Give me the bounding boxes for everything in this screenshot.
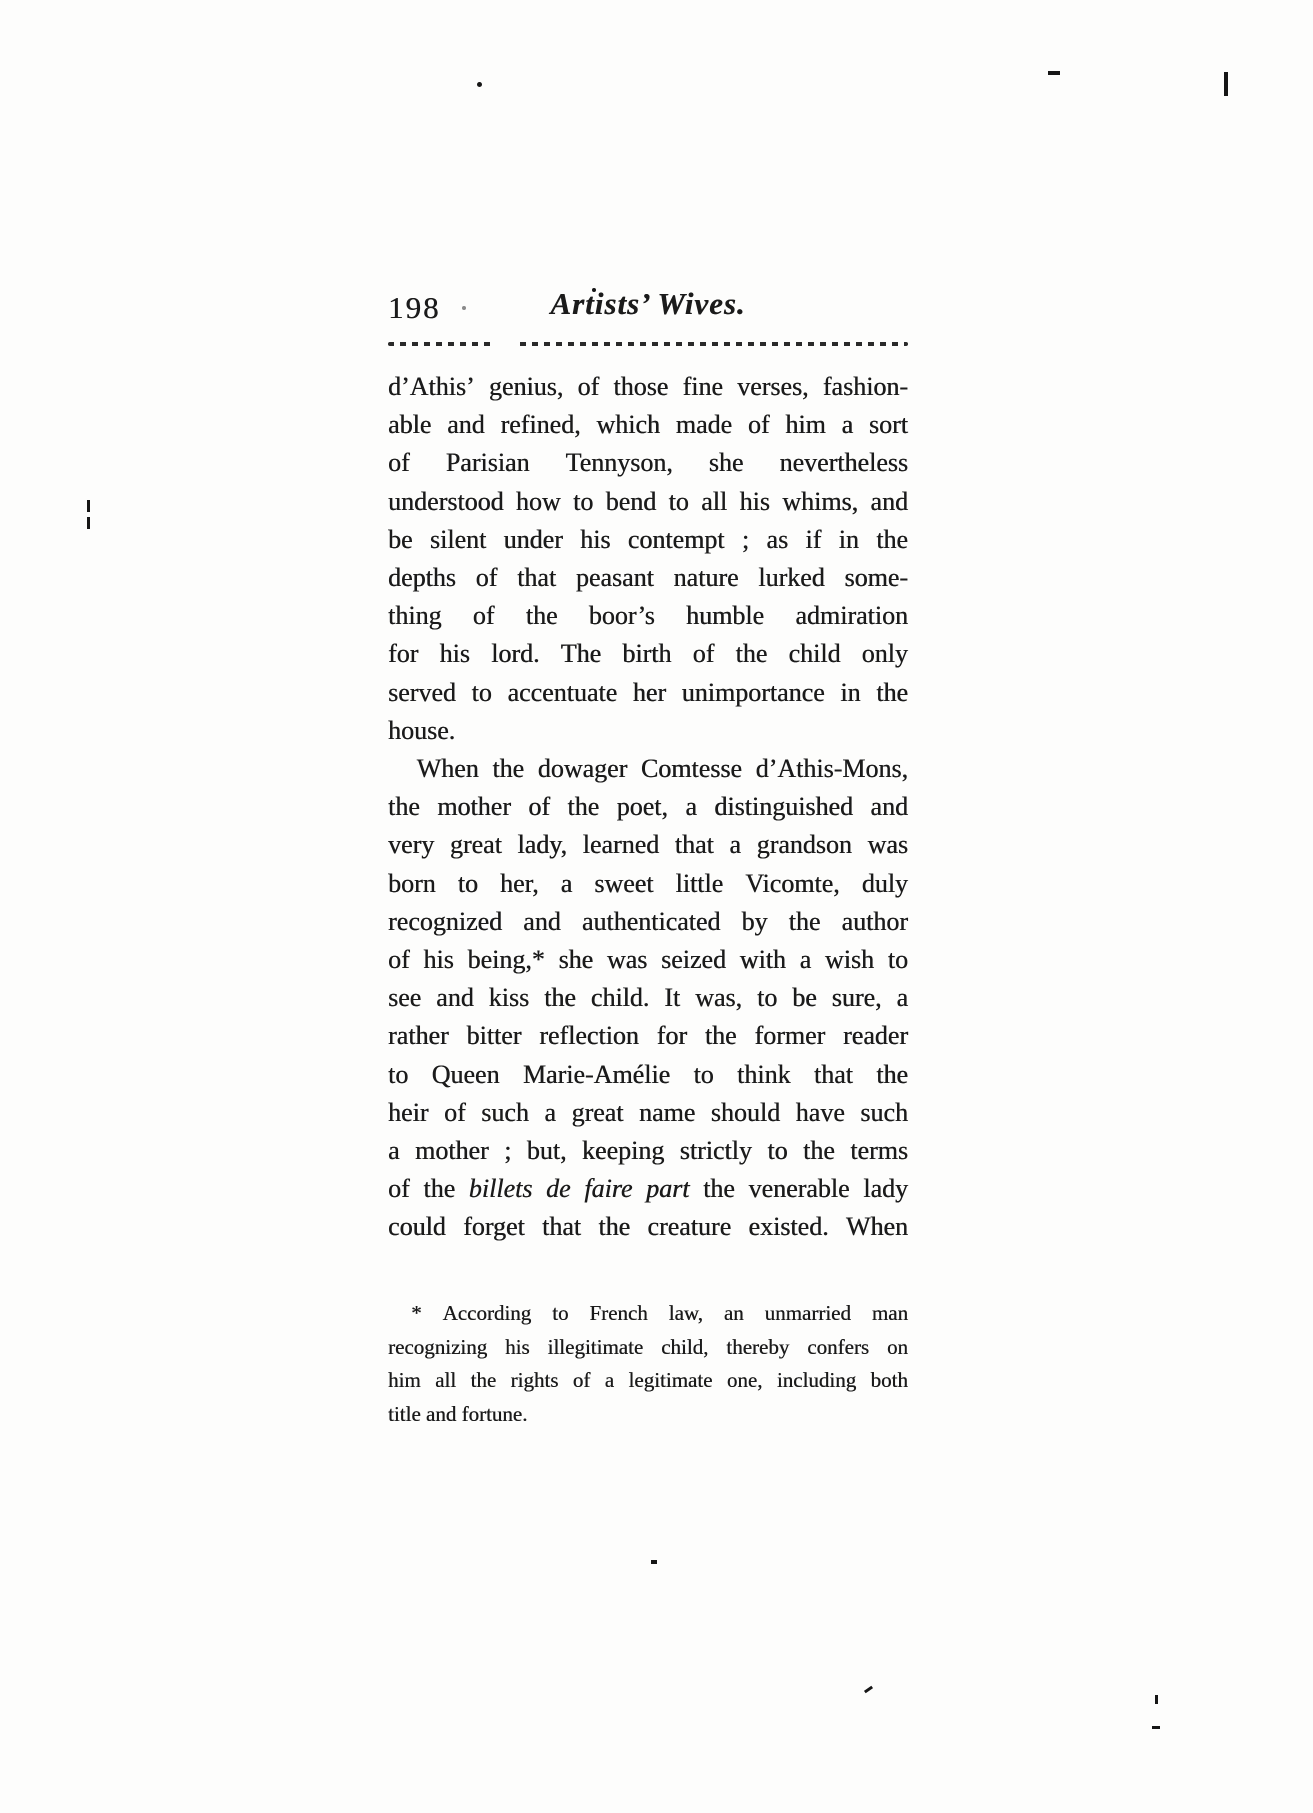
text-line: understoodhowtobendtoallhiswhims,and xyxy=(388,483,908,521)
ink-mark xyxy=(1152,1726,1160,1729)
header-rule xyxy=(388,342,908,346)
footnote-line: himalltherightsofalegitimateone,includin… xyxy=(388,1364,908,1398)
ink-mark xyxy=(87,500,90,512)
header-rule-gap xyxy=(496,340,520,349)
running-title: Artists’ Wives. xyxy=(388,286,908,322)
ink-mark xyxy=(1224,72,1228,96)
footnote-line: *AccordingtoFrenchlaw,anunmarriedman xyxy=(388,1297,908,1331)
text-line: WhenthedowagerComtessed’Athis-Mons, xyxy=(388,750,908,788)
ink-mark xyxy=(477,82,482,87)
ink-mark xyxy=(1155,1695,1158,1704)
footnote-text: *AccordingtoFrenchlaw,anunmarriedmanreco… xyxy=(388,1297,908,1431)
text-line: besilentunderhiscontempt;asifinthe xyxy=(388,521,908,559)
ink-mark xyxy=(592,288,596,292)
text-line: verygreatlady,learnedthatagrandsonwas xyxy=(388,826,908,864)
text-line: ofParisianTennyson,shenevertheless xyxy=(388,444,908,482)
text-line: toQueenMarie-Amélietothinkthatthe xyxy=(388,1056,908,1094)
text-line: forhislord.Thebirthofthechildonly xyxy=(388,635,908,673)
text-line: depthsofthatpeasantnaturelurkedsome- xyxy=(388,559,908,597)
running-header: 198 Artists’ Wives. xyxy=(388,290,908,330)
text-line: recognizedandauthenticatedbytheauthor xyxy=(388,903,908,941)
text-line: d’Athis’genius,ofthosefineverses,fashion… xyxy=(388,368,908,406)
text-line: themotherofthepoet,adistinguishedand xyxy=(388,788,908,826)
text-line: servedtoaccentuateherunimportanceinthe xyxy=(388,674,908,712)
text-line: seeandkissthechild.Itwas,tobesure,a xyxy=(388,979,908,1017)
text-line: ofhisbeing,*shewasseizedwithawishto xyxy=(388,941,908,979)
footnote-line: recognizinghisillegitimatechild,therebyc… xyxy=(388,1331,908,1365)
text-line: couldforgetthatthecreatureexisted.When xyxy=(388,1208,908,1246)
text-line: ableandrefined,whichmadeofhimasort xyxy=(388,406,908,444)
book-page: 198 Artists’ Wives. d’Athis’genius,oftho… xyxy=(0,0,1313,1813)
ink-mark xyxy=(87,517,90,529)
ink-mark xyxy=(1048,71,1060,75)
text-line: borntoher,asweetlittleVicomte,duly xyxy=(388,865,908,903)
text-line: amother;but,keepingstrictlytotheterms xyxy=(388,1132,908,1170)
body-text: d’Athis’genius,ofthosefineverses,fashion… xyxy=(388,368,908,1247)
text-line: ofthebilletsdefairepartthevenerablelady xyxy=(388,1170,908,1208)
ink-mark xyxy=(462,306,466,310)
text-line: house. xyxy=(388,712,908,750)
text-line: heirofsuchagreatnameshouldhavesuch xyxy=(388,1094,908,1132)
footnote-line: title and fortune. xyxy=(388,1398,908,1432)
ink-mark xyxy=(864,1686,873,1694)
text-line: ratherbitterreflectionfortheformerreader xyxy=(388,1017,908,1055)
text-line: thingoftheboor’shumbleadmiration xyxy=(388,597,908,635)
ink-mark xyxy=(651,1560,657,1564)
